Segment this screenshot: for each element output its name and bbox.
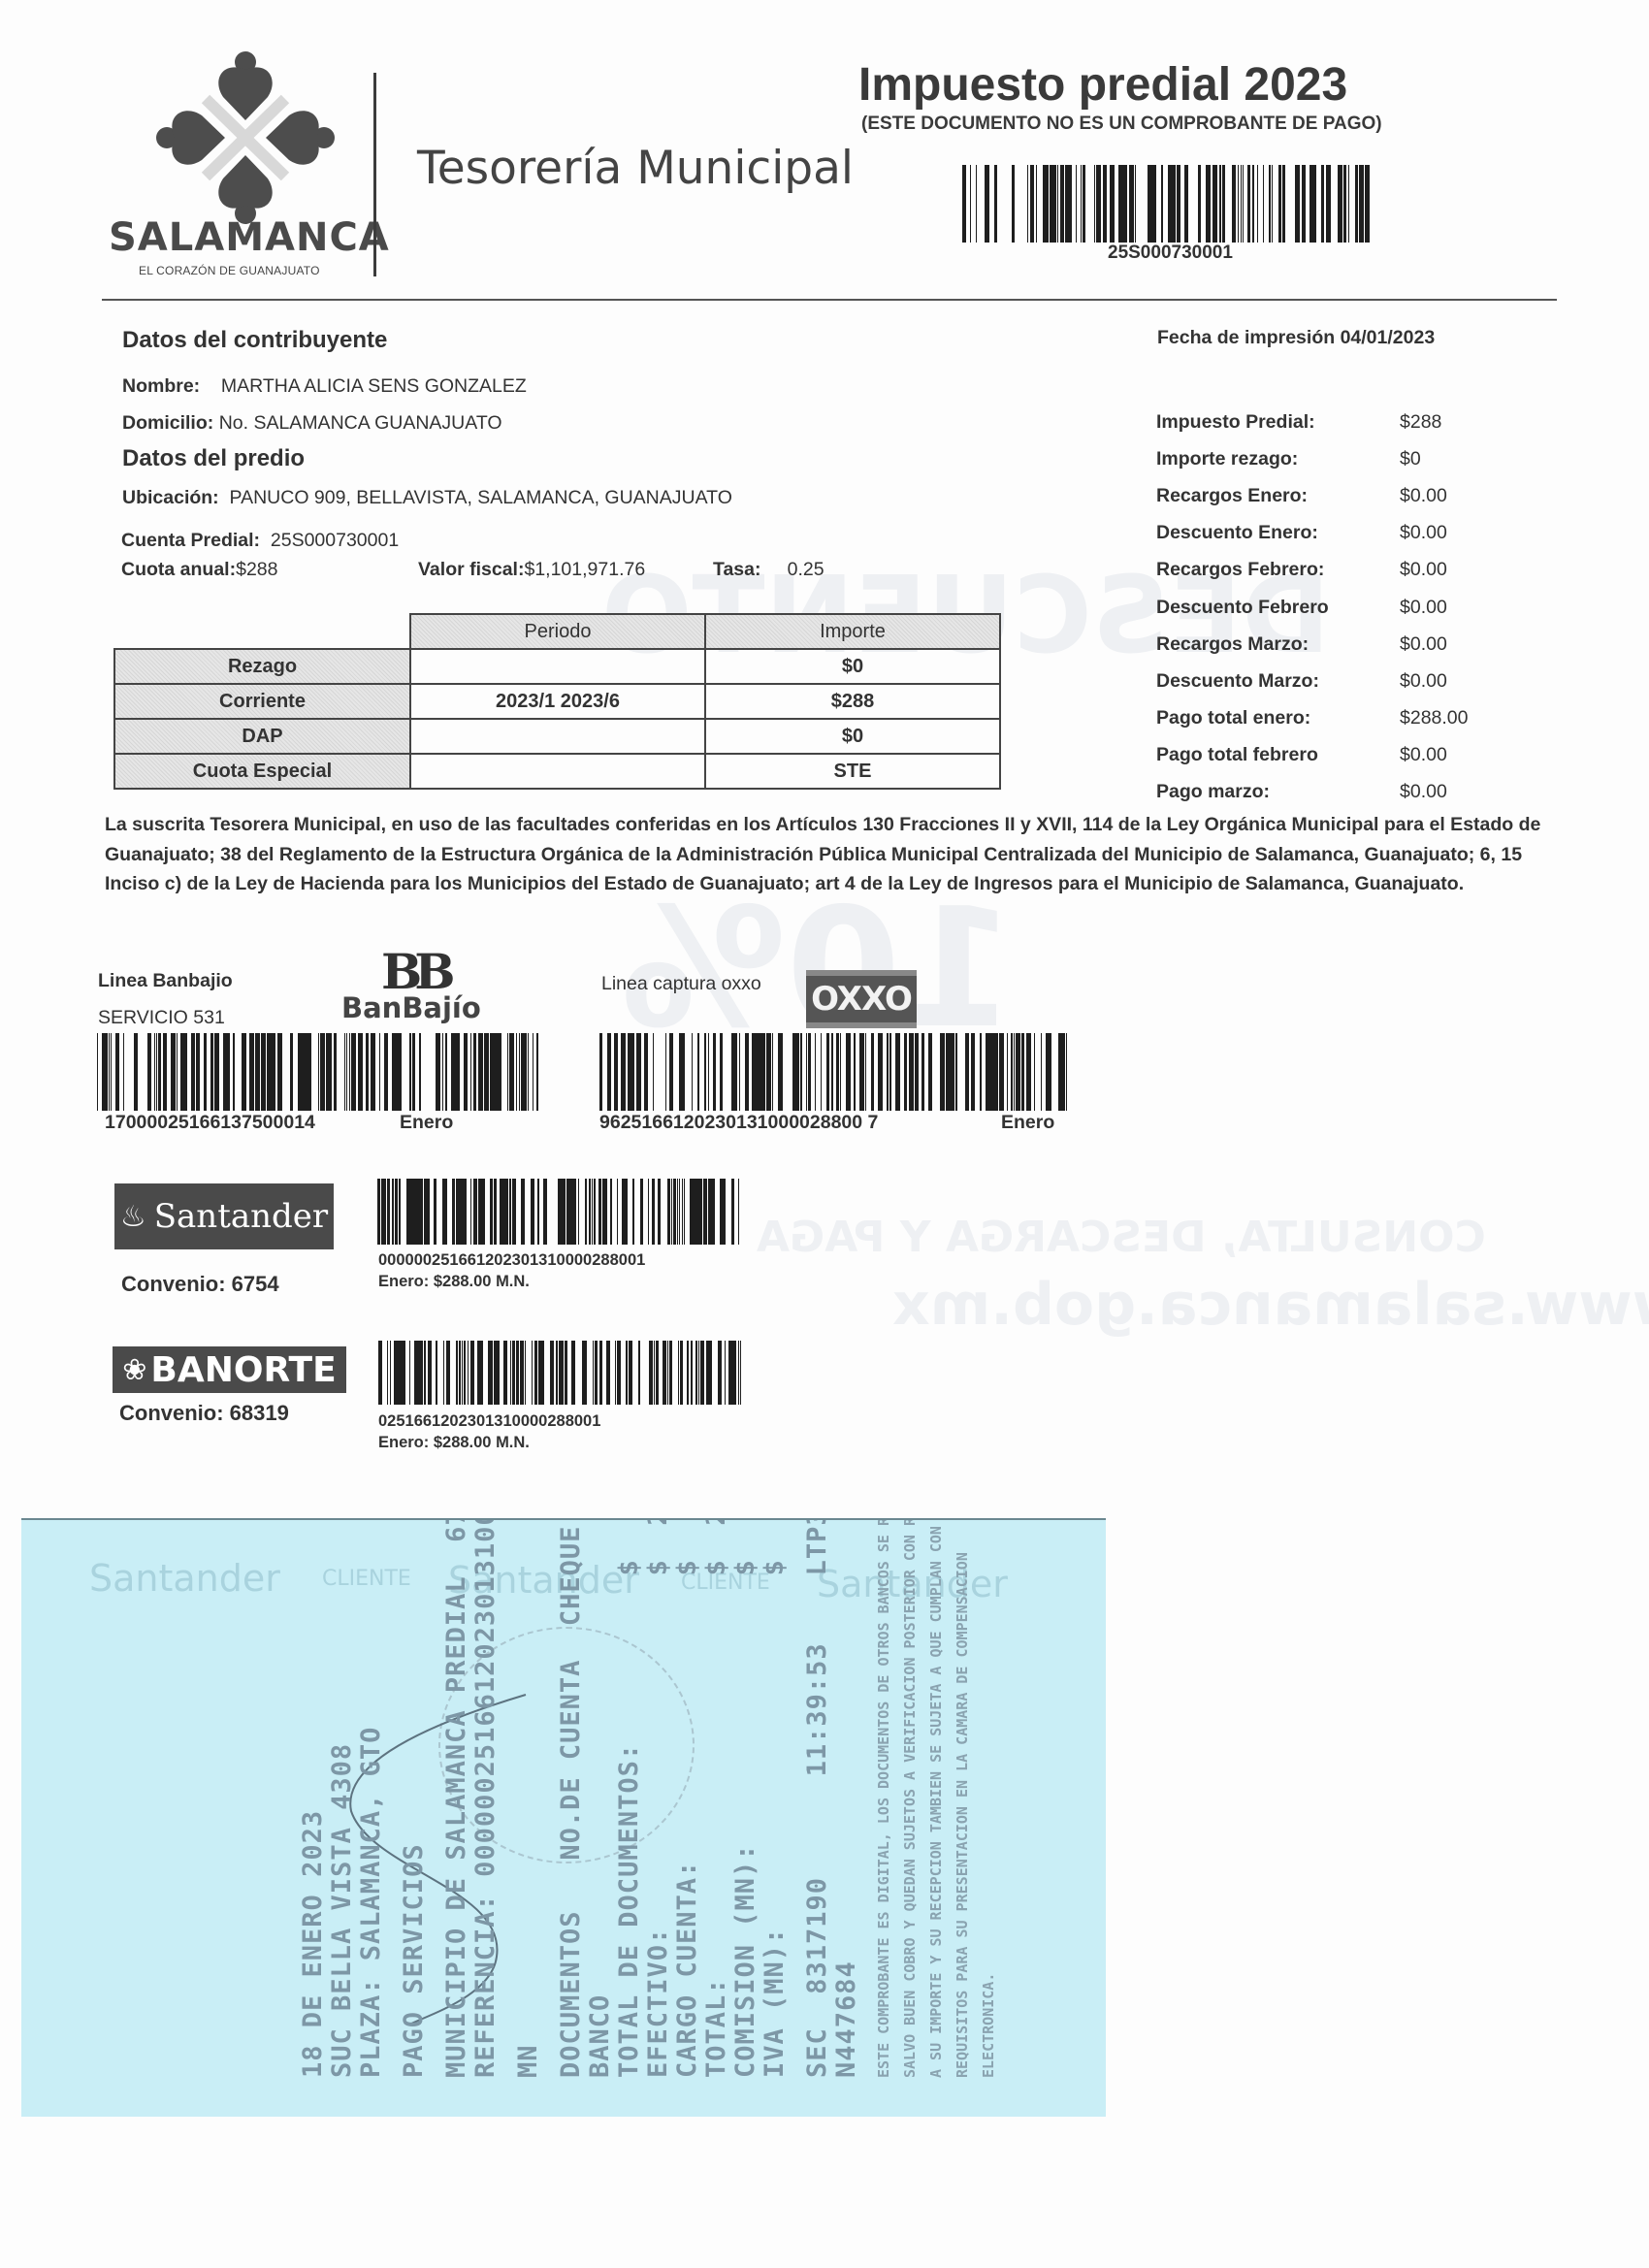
receipt-line: REFERENCIA: 0000002516612023013100002880… — [470, 1518, 501, 2078]
receipt-disclaimer-line: SALVO BUEN COBRO Y QUEDAN SUJETOS A VERI… — [901, 1518, 919, 2078]
cuota-value: $288 — [236, 559, 277, 580]
summary-value: $0.00 — [1400, 633, 1447, 656]
summary-label: Descuento Febrero — [1156, 597, 1400, 619]
summary-label: Descuento Enero: — [1156, 522, 1400, 544]
tasa-row: Tasa: 0.25 — [713, 559, 824, 581]
receipt-disclaimer-line: ELECTRONICA. — [980, 1973, 997, 2078]
summary-row: Descuento Enero:$0.00 — [1156, 515, 1564, 552]
cell-importe: STE — [705, 754, 1000, 789]
header-importe: Importe — [705, 614, 1000, 649]
summary-value: $288.00 — [1400, 707, 1469, 729]
banbajio-servicio: SERVICIO 531 — [98, 1007, 225, 1029]
receipt-line: EFECTIVO: $ 288.00 — [643, 1518, 673, 2078]
receipt-line: PLAZA: SALAMANCA, GTO — [356, 1727, 386, 2078]
cuenta-label: Cuenta Predial: — [121, 530, 260, 551]
domicilio-row: Domicilio: No. SALAMANCA GUANAJUATO — [122, 412, 502, 435]
cell-periodo — [410, 754, 705, 789]
receipt-line: PAGO SERVICIOS — [399, 1843, 429, 2078]
table-row: Cuota EspecialSTE — [114, 754, 1000, 789]
summary-label: Recargos Febrero: — [1156, 559, 1400, 581]
domicilio-label: Domicilio: — [122, 412, 213, 434]
tasa-value: 0.25 — [788, 559, 824, 580]
receipt-rotated-content: 18 DE ENERO 2023SUC BELLA VISTA 4308PLAZ… — [21, 1520, 1106, 2117]
santander-logo-text: Santander — [154, 1197, 328, 1236]
contribuyente-heading: Datos del contribuyente — [122, 327, 387, 354]
document-subtitle: (ESTE DOCUMENTO NO ES UN COMPROBANTE DE … — [861, 113, 1382, 135]
banorte-monto: Enero: $288.00 M.N. — [378, 1434, 530, 1452]
summary-label: Recargos Enero: — [1156, 485, 1400, 507]
banbajio-mes: Enero — [400, 1112, 453, 1134]
santander-referencia: 000000251661202301310000288001 — [378, 1251, 645, 1270]
bank-payment-receipt: Santander CLIENTE Santander CLIENTE Sant… — [21, 1518, 1106, 2117]
cuota-label: Cuota anual: — [121, 559, 236, 580]
cell-importe: $288 — [705, 684, 1000, 719]
domicilio-value: No. SALAMANCA GUANAJUATO — [219, 412, 502, 434]
table-row: DAP$0 — [114, 719, 1000, 754]
summary-label: Descuento Marzo: — [1156, 670, 1400, 693]
receipt-line: N447684 — [831, 1960, 861, 2078]
santander-flame-icon: ♨ — [120, 1200, 146, 1234]
receipt-line: DOCUMENTOS NO.DE CUENTA CHEQUE NO. IMPOR… — [556, 1518, 586, 2078]
summary-row: Descuento Marzo:$0.00 — [1156, 663, 1564, 699]
document-title: Impuesto predial 2023 — [858, 58, 1347, 112]
receipt-line: MUNICIPIO DE SALAMANCA PREDIAL 6754 — [441, 1518, 471, 2078]
receipt-line: IVA (MN): $ 0.00 — [760, 1518, 790, 2078]
summary-row: Recargos Febrero:$0.00 — [1156, 552, 1564, 589]
summary-value: $0 — [1400, 448, 1421, 470]
table-corner — [114, 614, 410, 649]
cuota-row: Cuota anual:$288 — [121, 559, 277, 581]
summary-value: $0.00 — [1400, 559, 1447, 581]
summary-value: $0.00 — [1400, 485, 1447, 507]
cuenta-row: Cuenta Predial: 25S000730001 — [121, 530, 399, 552]
logo-name: SALAMANCA — [109, 215, 390, 260]
summary-row: Importe rezago:$0 — [1156, 440, 1564, 477]
predio-heading: Datos del predio — [122, 445, 305, 472]
santander-barcode — [373, 1179, 740, 1245]
fecha-value: 04/01/2023 — [1341, 327, 1436, 348]
valor-label: Valor fiscal: — [418, 559, 524, 580]
valor-row: Valor fiscal:$1,101,971.76 — [418, 559, 645, 581]
header-separator — [102, 299, 1557, 301]
receipt-line: COMISION (MN): $ 0.00 — [730, 1518, 760, 2078]
logo-tagline: EL CORAZÓN DE GUANAJUATO — [139, 264, 320, 277]
summary-label: Recargos Marzo: — [1156, 633, 1400, 656]
summary-label: Pago total enero: — [1156, 707, 1400, 729]
cell-concepto: Cuota Especial — [114, 754, 410, 789]
ubicacion-label: Ubicación: — [122, 487, 219, 508]
banbajio-logo-text: BanBajío — [341, 991, 481, 1024]
summary-value: $0.00 — [1400, 522, 1447, 544]
receipt-disclaimer-line: REQUISITOS PARA SU PRESENTACION EN LA CA… — [954, 1552, 971, 2078]
receipt-line: 18 DE ENERO 2023 — [298, 1810, 328, 2078]
legal-text: La suscrita Tesorera Municipal, en uso d… — [105, 810, 1565, 899]
summary-value: $288 — [1400, 411, 1441, 434]
summary-row: Pago total enero:$288.00 — [1156, 700, 1564, 737]
cell-importe: $0 — [705, 649, 1000, 684]
department-name: Tesorería Municipal — [417, 142, 854, 195]
cell-periodo: 2023/1 2023/6 — [410, 684, 705, 719]
payment-summary: Impuesto Predial:$288Importe rezago:$0Re… — [1156, 404, 1564, 811]
summary-label: Importe rezago: — [1156, 448, 1400, 470]
ubicacion-value: PANUCO 909, BELLAVISTA, SALAMANCA, GUANA… — [230, 487, 732, 508]
account-barcode — [962, 165, 1370, 243]
tasa-label: Tasa: — [713, 559, 761, 580]
summary-value: $0.00 — [1400, 670, 1447, 693]
receipt-disclaimer-line: ESTE COMPROBANTE ES DIGITAL, LOS DOCUMEN… — [875, 1518, 892, 2078]
cell-periodo — [410, 719, 705, 754]
cell-importe: $0 — [705, 719, 1000, 754]
receipt-line: BANCO — [585, 1994, 615, 2078]
oxxo-barcode — [594, 1033, 1066, 1111]
summary-row: Pago total febrero$0.00 — [1156, 737, 1564, 774]
santander-logo: ♨ Santander — [114, 1183, 334, 1249]
table-row: Corriente2023/1 2023/6$288 — [114, 684, 1000, 719]
santander-convenio: Convenio: 6754 — [121, 1272, 279, 1297]
banorte-referencia: 0251661202301310000288001 — [378, 1412, 600, 1431]
banorte-logo: ❀ BANORTE — [113, 1346, 346, 1393]
santander-monto: Enero: $288.00 M.N. — [378, 1273, 530, 1291]
banorte-barcode — [373, 1341, 740, 1405]
nombre-label: Nombre: — [122, 375, 200, 397]
header-divider — [373, 73, 376, 276]
cell-periodo — [410, 649, 705, 684]
banbajio-label: Linea Banbajio — [98, 970, 233, 992]
receipt-line: SUC BELLA VISTA 4308 — [327, 1743, 357, 2078]
banorte-logo-text: BANORTE — [150, 1350, 336, 1390]
summary-row: Recargos Marzo:$0.00 — [1156, 626, 1564, 663]
watermark-consulta: CONSULTA, DESCARGA Y PAGA — [757, 1213, 1486, 1262]
banbajio-barcode — [97, 1033, 538, 1111]
fecha-impresion: Fecha de impresión 04/01/2023 — [1157, 327, 1435, 349]
banbajio-referencia: 17000025166137500014 — [105, 1112, 315, 1134]
oxxo-label: Linea captura oxxo — [601, 973, 761, 995]
cell-concepto: DAP — [114, 719, 410, 754]
receipt-line: CARGO CUENTA: $ 0.00 — [672, 1518, 702, 2078]
receipt-line: SEC 8317190 11:39:53 LTP3 — [802, 1518, 832, 2078]
period-table: Periodo Importe Rezago$0Corriente2023/1 … — [113, 613, 1001, 790]
cuenta-value: 25S000730001 — [271, 530, 399, 551]
oxxo-mes: Enero — [1001, 1112, 1054, 1134]
nombre-row: Nombre: MARTHA ALICIA SENS GONZALEZ — [122, 375, 527, 398]
watermark-web: www.salamanca.gob.mx — [892, 1271, 1649, 1339]
summary-label: Impuesto Predial: — [1156, 411, 1400, 434]
summary-row: Descuento Febrero$0.00 — [1156, 589, 1564, 626]
summary-value: $0.00 — [1400, 781, 1447, 803]
fecha-label: Fecha de impresión — [1157, 327, 1335, 348]
banorte-mark-icon: ❀ — [122, 1353, 146, 1387]
banorte-convenio: Convenio: 68319 — [119, 1401, 289, 1426]
cell-concepto: Rezago — [114, 649, 410, 684]
account-barcode-number: 25S000730001 — [1108, 243, 1233, 264]
receipt-line: TOTAL DE DOCUMENTOS: $ 0.00 — [614, 1518, 644, 2078]
summary-row: Pago marzo:$0.00 — [1156, 774, 1564, 811]
cell-concepto: Corriente — [114, 684, 410, 719]
oxxo-logo-icon: OXXO — [806, 970, 917, 1028]
ubicacion-row: Ubicación: PANUCO 909, BELLAVISTA, SALAM… — [122, 487, 732, 509]
nombre-value: MARTHA ALICIA SENS GONZALEZ — [221, 375, 527, 397]
table-row: Rezago$0 — [114, 649, 1000, 684]
summary-row: Recargos Enero:$0.00 — [1156, 477, 1564, 514]
receipt-line: TOTAL: $ 288.00 — [701, 1518, 731, 2078]
summary-value: $0.00 — [1400, 597, 1447, 619]
summary-value: $0.00 — [1400, 744, 1447, 766]
receipt-disclaimer-line: A SU IMPORTE Y SU RECEPCION TAMBIEN SE S… — [927, 1518, 945, 2078]
summary-label: Pago total febrero — [1156, 744, 1400, 766]
receipt-line: MN — [513, 2044, 543, 2078]
summary-label: Pago marzo: — [1156, 781, 1400, 803]
header-periodo: Periodo — [410, 614, 705, 649]
oxxo-referencia: 9625166120230131000028800 7 — [599, 1112, 878, 1134]
summary-row: Impuesto Predial:$288 — [1156, 404, 1564, 440]
valor-value: $1,101,971.76 — [524, 559, 645, 580]
